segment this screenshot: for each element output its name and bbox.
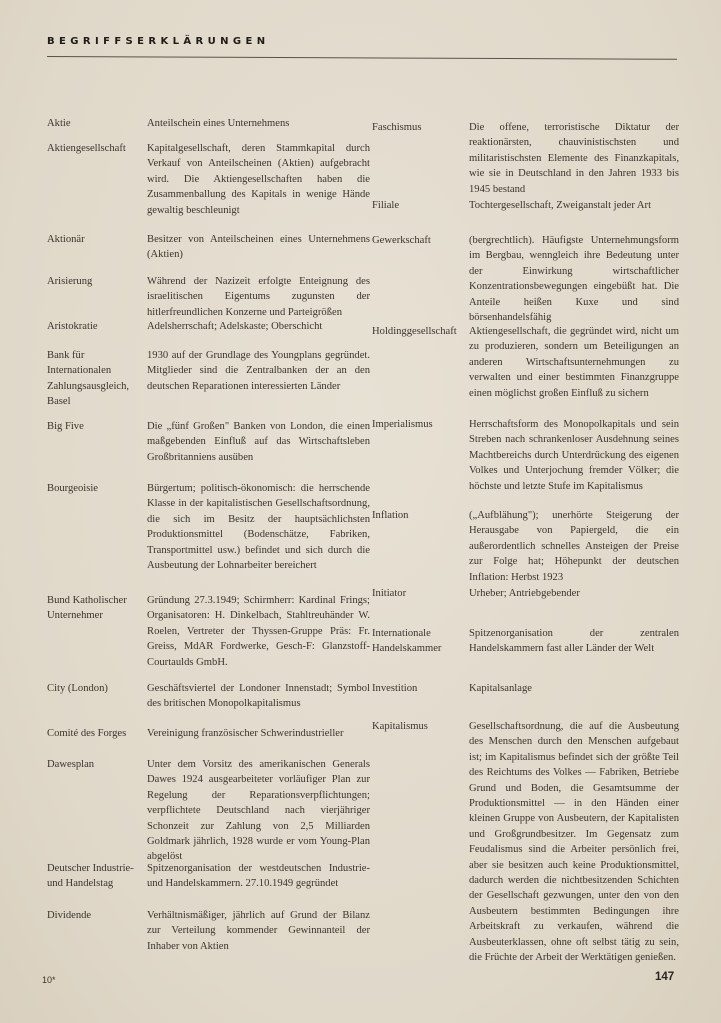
glossary-term: Dividende: [47, 908, 139, 923]
glossary-definition: Vereinigung französischer Schwerindustri…: [147, 726, 370, 741]
glossary-term: Bank für Internationalen Zahlungsausglei…: [47, 348, 139, 410]
page-number: 147: [655, 971, 674, 983]
glossary-term: Bund Katholischer Unternehmer: [47, 593, 139, 624]
glossary-term: Inflation: [372, 508, 467, 523]
glossary-definition: („Aufblähung"); unerhörte Steigerung der…: [469, 508, 679, 585]
glossary-term: Holdinggesellschaft: [372, 324, 467, 339]
glossary-definition: Kapitalgesellschaft, deren Stammkapital …: [147, 141, 370, 218]
glossary-term: Dawesplan: [47, 757, 139, 772]
glossary-definition: 1930 auf der Grundlage des Youngplans ge…: [147, 348, 370, 394]
glossary-definition: Die offene, terroristische Diktatur der …: [469, 120, 679, 197]
glossary-term: Bourgeoisie: [47, 481, 139, 496]
glossary-term: Faschismus: [372, 120, 467, 135]
glossary-term: Aktiengesellschaft: [47, 141, 139, 156]
glossary-term: Imperialismus: [372, 417, 467, 432]
glossary-definition: Kapitalsanlage: [469, 681, 679, 696]
glossary-definition: Gründung 27.3.1949; Schirmherr: Kardinal…: [147, 593, 370, 670]
glossary-term: Aristokratie: [47, 319, 139, 334]
glossary-definition: (bergrechtlich). Häufigste Unternehmungs…: [469, 233, 679, 325]
glossary-definition: Spitzenorganisation der westdeutschen In…: [147, 861, 370, 892]
glossary-definition: Bürgertum; politisch-ökonomisch: die her…: [147, 481, 370, 573]
glossary-term: Big Five: [47, 419, 139, 434]
glossary-definition: Urheber; Antriebgebender: [469, 586, 679, 601]
glossary-definition: Spitzenorganisation der zentralen Handel…: [469, 626, 679, 657]
glossary-term: Filiale: [372, 198, 467, 213]
glossary-definition: Tochtergesellschaft, Zweiganstalt jeder …: [469, 198, 679, 213]
glossary-term: Investition: [372, 681, 467, 696]
glossary-definition: Anteilschein eines Unternehmens: [147, 116, 370, 131]
glossary-definition: Während der Nazizeit erfolgte Enteignung…: [147, 274, 370, 320]
glossary-definition: Unter dem Vorsitz des amerikanischen Gen…: [147, 757, 370, 865]
glossary-term: Deutscher Industrie- und Handelstag: [47, 861, 139, 892]
glossary-definition: Aktiengesellschaft, die gegründet wird, …: [469, 324, 679, 401]
glossary-term: Arisierung: [47, 274, 139, 289]
glossary-definition: Verhältnismäßiger, jährlich auf Grund de…: [147, 908, 370, 954]
heading-rule: [47, 56, 677, 60]
book-page: BEGRIFFSERKLÄRUNGEN AktieAnteilschein ei…: [0, 0, 721, 1023]
glossary-term: Initiator: [372, 586, 467, 601]
glossary-definition: Die „fünf Großen" Banken von London, die…: [147, 419, 370, 465]
glossary-term: Aktionär: [47, 232, 139, 247]
signature-mark: 10*: [42, 975, 56, 985]
glossary-term: Internationale Handelskammer: [372, 626, 467, 657]
glossary-definition: Geschäftsviertel der Londoner Innenstadt…: [147, 681, 370, 712]
glossary-definition: Besitzer von Anteilscheinen eines Untern…: [147, 232, 370, 263]
glossary-term: Kapitalismus: [372, 719, 467, 734]
glossary-term: Comité des Forges: [47, 726, 139, 741]
glossary-term: City (London): [47, 681, 139, 696]
glossary-term: Aktie: [47, 116, 139, 131]
glossary-definition: Herrschaftsform des Monopolkapitals und …: [469, 417, 679, 494]
page-heading: BEGRIFFSERKLÄRUNGEN: [47, 36, 270, 47]
glossary-definition: Gesellschaftsordnung, die auf die Ausbeu…: [469, 719, 679, 966]
glossary-definition: Adelsherrschaft; Adelskaste; Oberschicht: [147, 319, 370, 334]
glossary-term: Gewerkschaft: [372, 233, 467, 248]
